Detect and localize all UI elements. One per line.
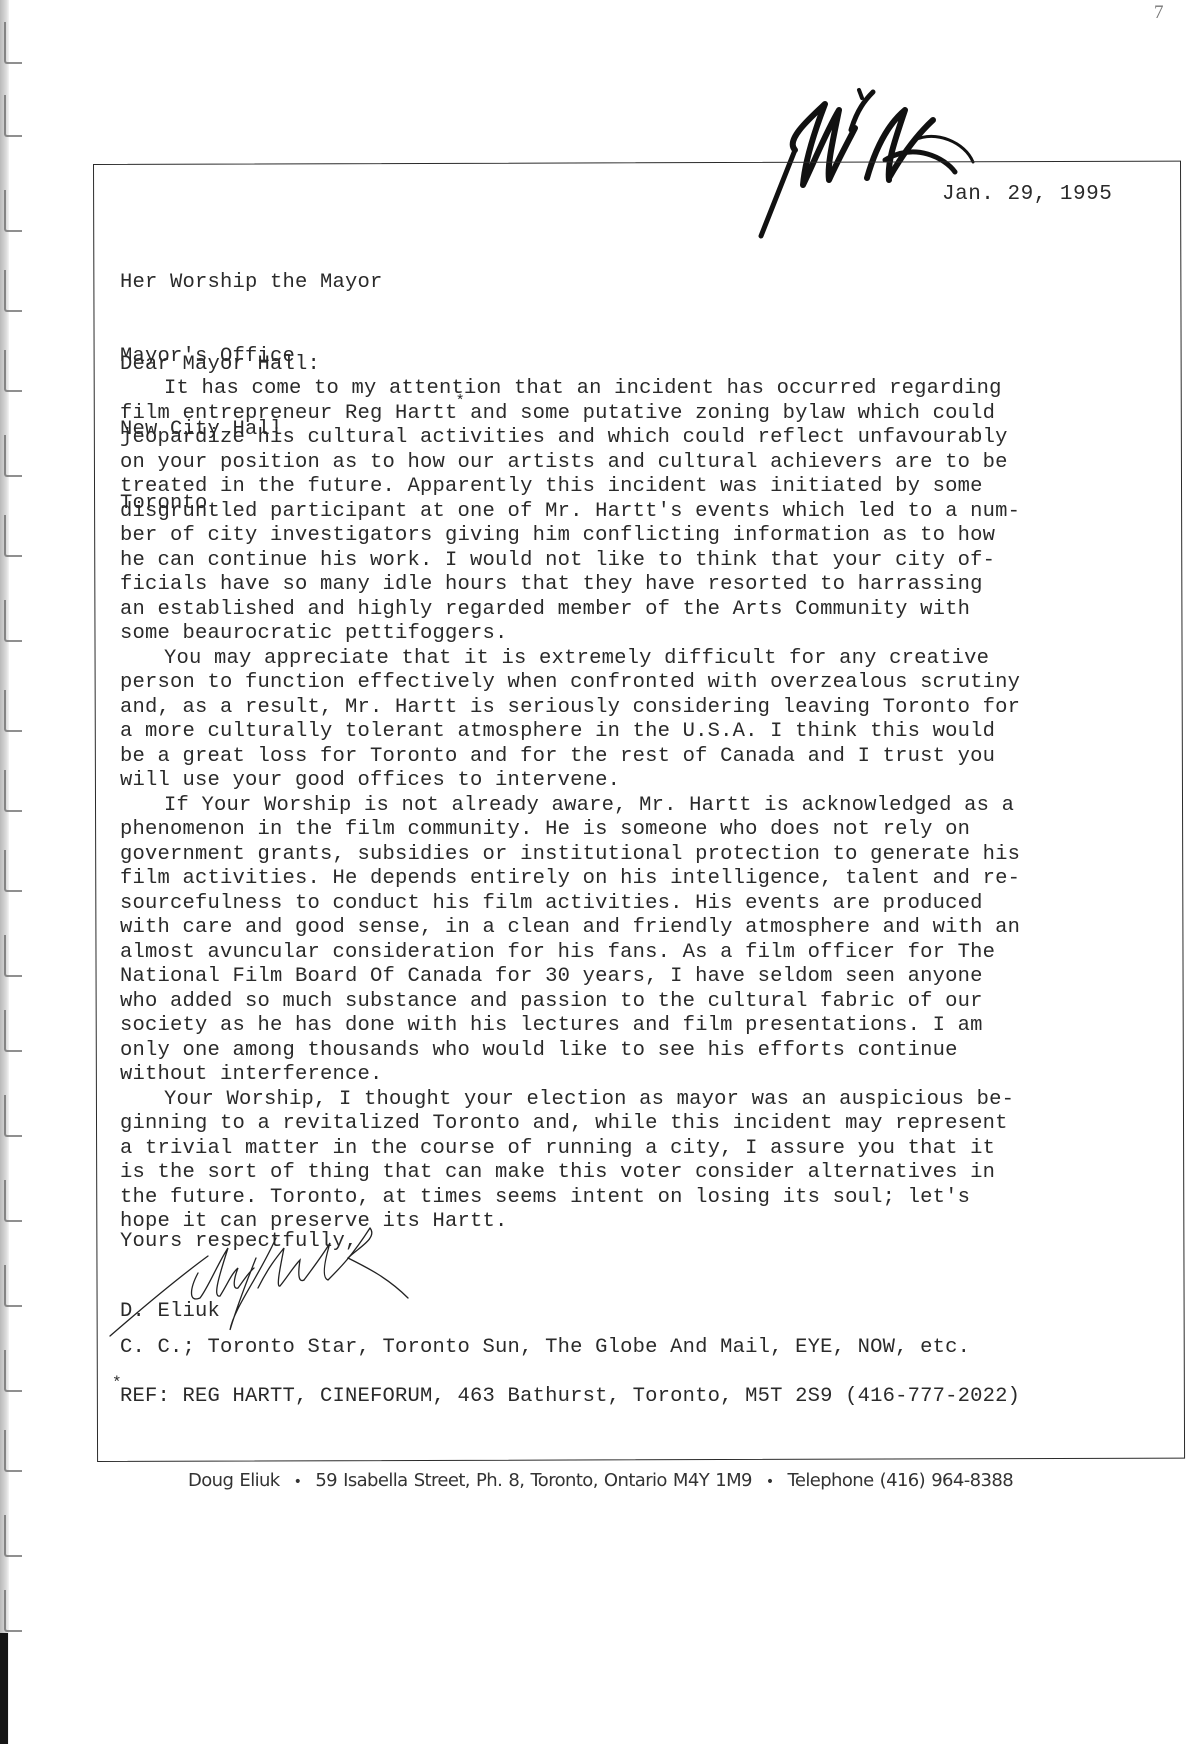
binding-bracket-icon xyxy=(4,350,22,392)
page-number: 7 xyxy=(1154,2,1164,24)
salutation: Dear Mayor Hall: xyxy=(120,353,320,378)
carbon-copy-line: C. C.; Toronto Star, Toronto Sun, The Gl… xyxy=(120,1336,970,1361)
bullet-separator-icon: • xyxy=(294,1474,302,1490)
body-line: and, as a result, Mr. Hartt is seriously… xyxy=(120,696,1020,721)
body-line: sourcefulness to conduct his film activi… xyxy=(120,892,1020,917)
body-line: with care and good sense, in a clean and… xyxy=(120,916,1020,941)
body-line: some beaurocratic pettifoggers. xyxy=(120,622,1020,647)
body-line: he can continue his work. I would not li… xyxy=(120,549,1020,574)
body-line: phenomenon in the film community. He is … xyxy=(120,818,1020,843)
binding-bracket-icon xyxy=(4,690,22,732)
body-line: disgruntled participant at one of Mr. Ha… xyxy=(120,500,1020,525)
binding-bracket-icon xyxy=(4,1350,22,1392)
body-line: Your Worship, I thought your election as… xyxy=(120,1088,1020,1113)
binding-bracket-icon xyxy=(4,850,22,892)
body-line: If Your Worship is not already aware, Mr… xyxy=(120,794,1020,819)
body-line: ber of city investigators giving him con… xyxy=(120,524,1020,549)
binding-bracket-icon xyxy=(4,1265,22,1307)
reference-line: REF: REG HARTT, CINEFORUM, 463 Bathurst,… xyxy=(120,1385,1020,1410)
footer-address: 59 Isabella Street, Ph. 8, Toronto, Onta… xyxy=(315,1470,752,1491)
body-line: the future. Toronto, at times seems inte… xyxy=(120,1186,1020,1211)
binding-bracket-icon xyxy=(4,190,22,232)
binding-bracket-icon xyxy=(4,95,22,137)
binding-bracket-icon xyxy=(4,1095,22,1137)
binding-shadow-bar xyxy=(0,1633,8,1744)
body-line: society as he has done with his lectures… xyxy=(120,1014,1020,1039)
binding-bracket-icon xyxy=(4,600,22,642)
body-line: who added so much substance and passion … xyxy=(120,990,1020,1015)
binding-bracket-icon xyxy=(4,935,22,977)
recipient-line: Her Worship the Mayor xyxy=(120,271,383,296)
body-line: will use your good offices to intervene. xyxy=(120,769,1020,794)
binding-bracket-icon xyxy=(4,435,22,477)
body-line: an established and highly regarded membe… xyxy=(120,598,1020,623)
body-line: almost avuncular consideration for his f… xyxy=(120,941,1020,966)
body-line: It has come to my attention that an inci… xyxy=(120,377,1020,402)
body-line: on your position as to how our artists a… xyxy=(120,451,1020,476)
body-line: jeopardize his cultural activities and w… xyxy=(120,426,1020,451)
binding-bracket-icon xyxy=(4,270,22,312)
letter-body: It has come to my attention that an inci… xyxy=(120,377,1020,1235)
body-line: film activities. He depends entirely on … xyxy=(120,867,1020,892)
bullet-separator-icon: • xyxy=(766,1474,774,1490)
body-line: treated in the future. Apparently this i… xyxy=(120,475,1020,500)
letter-date: Jan. 29, 1995 xyxy=(942,183,1112,206)
binding-bracket-icon xyxy=(4,1010,22,1052)
body-line: You may appreciate that it is extremely … xyxy=(120,647,1020,672)
binding-bracket-icon xyxy=(4,1430,22,1472)
binding-bracket-icon xyxy=(4,770,22,812)
binding-bracket-icon xyxy=(4,22,22,64)
body-line: be a great loss for Toronto and for the … xyxy=(120,745,1020,770)
footer-telephone: Telephone (416) 964-8388 xyxy=(788,1470,1014,1491)
signer-name: D. Eliuk xyxy=(120,1300,220,1325)
body-line: a trivial matter in the course of runnin… xyxy=(120,1137,1020,1162)
binding-bracket-icon xyxy=(4,1515,22,1557)
body-line: government grants, subsidies or institut… xyxy=(120,843,1020,868)
binding-bracket-icon xyxy=(4,1180,22,1222)
body-line: film entrepreneur Reg Hartt and some put… xyxy=(120,402,1020,427)
body-line: only one among thousands who would like … xyxy=(120,1039,1020,1064)
letterhead-footer: Doug Eliuk•59 Isabella Street, Ph. 8, To… xyxy=(188,1470,1013,1491)
body-line: ficials have so many idle hours that the… xyxy=(120,573,1020,598)
binding-bracket-icon xyxy=(4,515,22,557)
body-line: ginning to a revitalized Toronto and, wh… xyxy=(120,1112,1020,1137)
body-line: person to function effectively when conf… xyxy=(120,671,1020,696)
body-line: is the sort of thing that can make this … xyxy=(120,1161,1020,1186)
body-line: National Film Board Of Canada for 30 yea… xyxy=(120,965,1020,990)
body-line: without interference. xyxy=(120,1063,1020,1088)
binding-bracket-icon xyxy=(4,1590,22,1632)
body-line: a more culturally tolerant atmosphere in… xyxy=(120,720,1020,745)
footer-name: Doug Eliuk xyxy=(188,1470,280,1491)
